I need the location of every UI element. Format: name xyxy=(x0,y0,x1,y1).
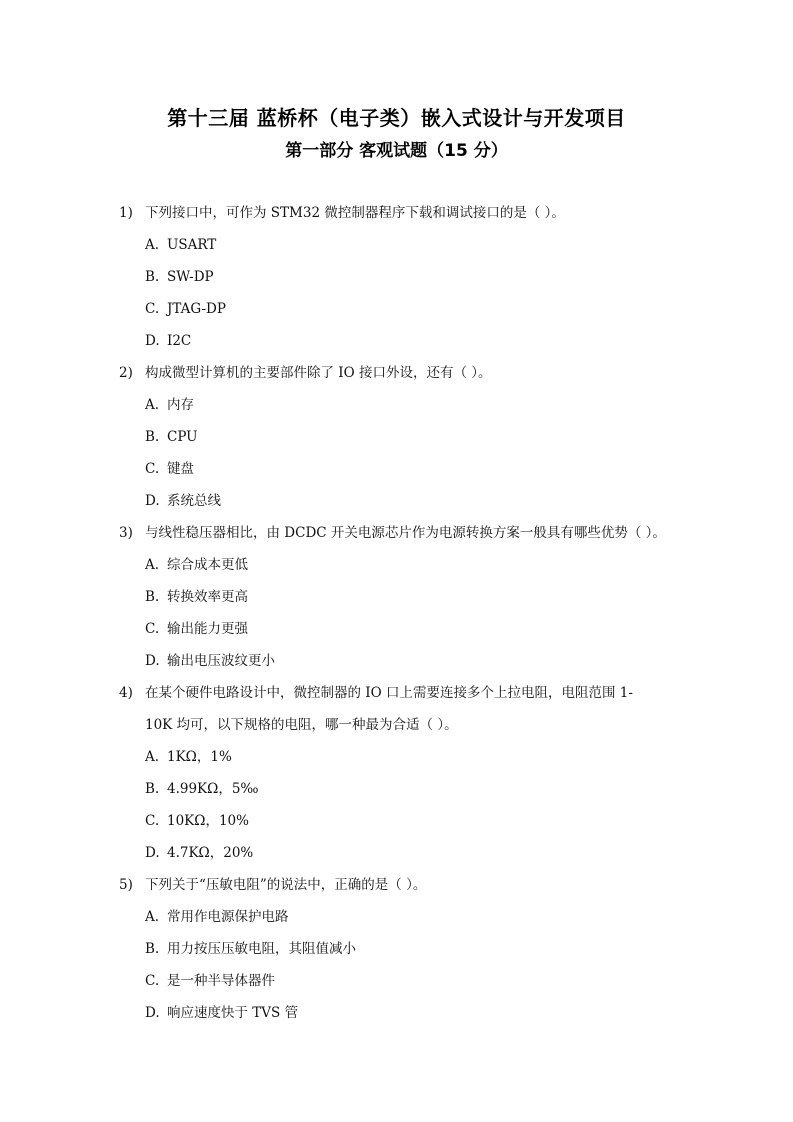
option-3b: B.转换效率更高 xyxy=(145,589,248,605)
option-1b: B.SW-DP xyxy=(145,269,214,285)
section-subtitle: 第一部分 客观试题（15 分） xyxy=(0,136,793,161)
option-2c: C.键盘 xyxy=(145,461,194,477)
option-3a: A.综合成本更低 xyxy=(145,557,248,573)
option-3c: C.输出能力更强 xyxy=(145,621,248,637)
option-5d: D.响应速度快于 TVS 管 xyxy=(145,1005,298,1021)
option-1d: D.I2C xyxy=(145,333,191,349)
question-2: 2)构成微型计算机的主要部件除了 IO 接口外设，还有（ ）。 xyxy=(119,365,492,381)
question-5: 5)下列关于“压敏电阻”的说法中，正确的是（ ）。 xyxy=(119,877,426,893)
question-number: 1) xyxy=(119,205,145,221)
question-number: 4) xyxy=(119,685,145,701)
option-1c: C.JTAG-DP xyxy=(145,301,226,317)
question-text: 在某个硬件电路设计中，微控制器的 IO 口上需要连接多个上拉电阻，电阻范围 1- xyxy=(145,685,633,701)
option-5c: C.是一种半导体器件 xyxy=(145,973,275,989)
question-1: 1)下列接口中，可作为 STM32 微控制器程序下载和调试接口的是（ ）。 xyxy=(119,205,565,221)
question-text: 与线性稳压器相比，由 DCDC 开关电源芯片作为电源转换方案一般具有哪些优势（ … xyxy=(145,525,666,541)
question-number: 3) xyxy=(119,525,145,541)
question-4: 4)在某个硬件电路设计中，微控制器的 IO 口上需要连接多个上拉电阻，电阻范围 … xyxy=(119,685,633,701)
option-1a: A.USART xyxy=(145,237,216,253)
option-5b: B.用力按压压敏电阻，其阻值减小 xyxy=(145,941,356,957)
question-text: 下列关于“压敏电阻”的说法中，正确的是（ ）。 xyxy=(145,877,426,893)
question-number: 5) xyxy=(119,877,145,893)
option-2a: A.内存 xyxy=(145,397,194,413)
question-3: 3)与线性稳压器相比，由 DCDC 开关电源芯片作为电源转换方案一般具有哪些优势… xyxy=(119,525,666,541)
document-title: 第十三届 蓝桥杯（电子类）嵌入式设计与开发项目 xyxy=(0,102,793,131)
option-2d: D.系统总线 xyxy=(145,493,221,509)
question-text: 构成微型计算机的主要部件除了 IO 接口外设，还有（ ）。 xyxy=(145,365,492,381)
option-4a: A.1KΩ，1% xyxy=(145,749,232,765)
option-2b: B.CPU xyxy=(145,429,198,445)
question-number: 2) xyxy=(119,365,145,381)
option-5a: A.常用作电源保护电路 xyxy=(145,909,289,925)
option-4c: C.10KΩ，10% xyxy=(145,813,249,829)
option-4d: D.4.7KΩ，20% xyxy=(145,845,253,861)
option-4b: B.4.99KΩ，5‰ xyxy=(145,781,259,797)
question-4-continuation: 10K 均可，以下规格的电阻，哪一种最为合适（ ）。 xyxy=(145,717,458,733)
option-3d: D.输出电压波纹更小 xyxy=(145,653,275,669)
question-text: 下列接口中，可作为 STM32 微控制器程序下载和调试接口的是（ ）。 xyxy=(145,205,565,221)
